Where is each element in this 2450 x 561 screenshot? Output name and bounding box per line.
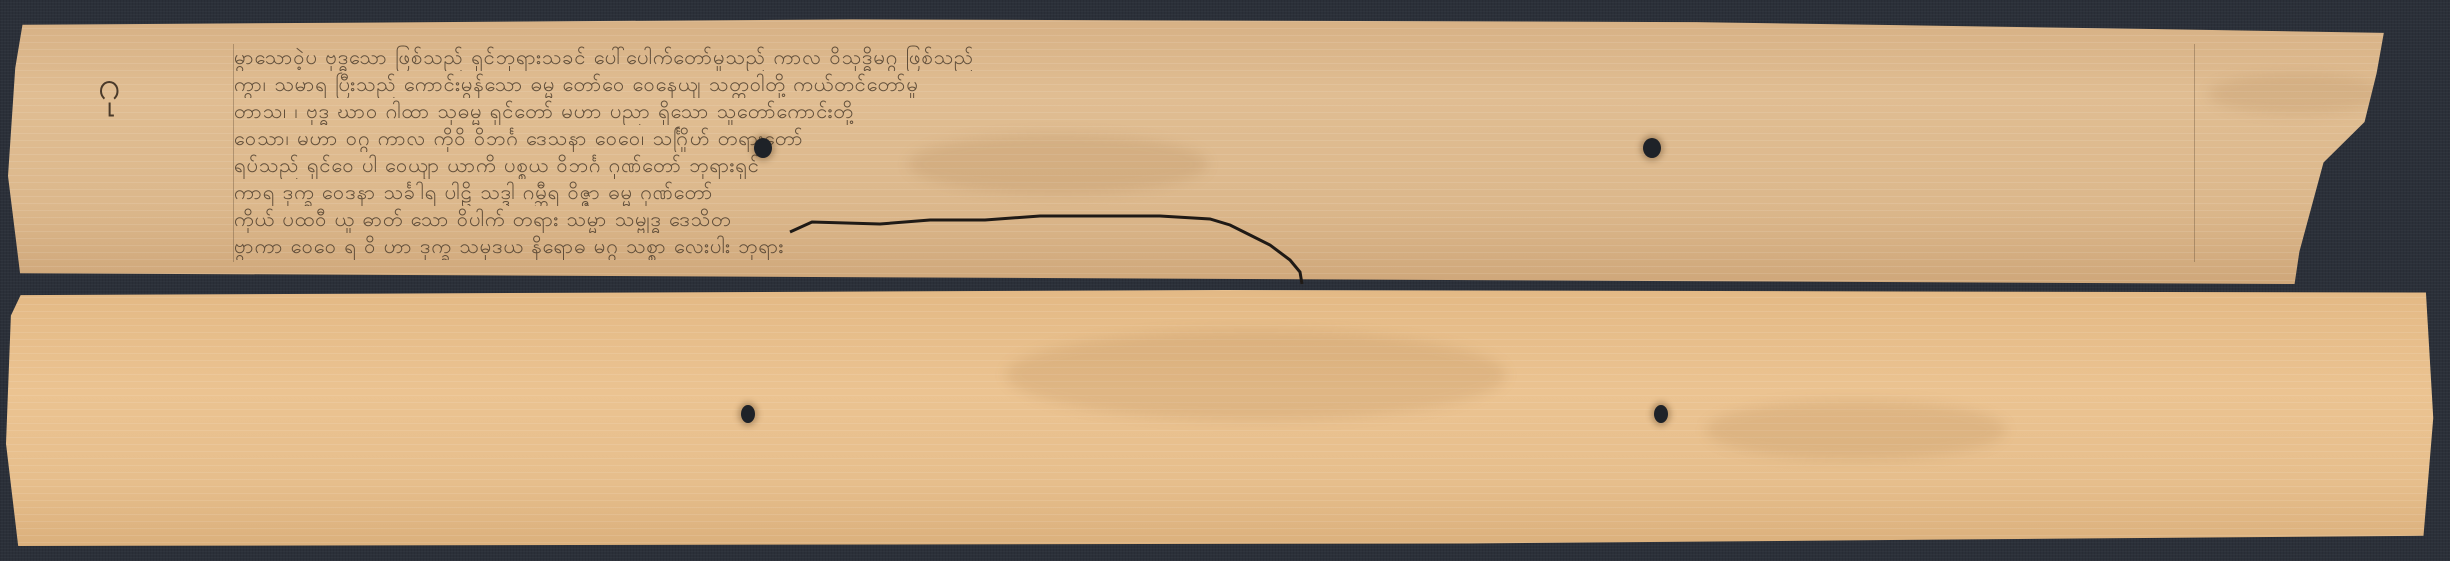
folio-marker: ဂု (98, 60, 121, 119)
text-line: ကာရ ဒုက္ခ ဝေဒနာ သင်္ခါရ ပါဠိ သဒ္ဒါ ဂမ္ဘီ… (234, 179, 2194, 206)
text-line: မွာသောဝဲ့ပ ဗုဒ္ဓသော ဖြစ်သည် ရှင်ဘုရားသခင… (234, 44, 2194, 71)
stain (1006, 330, 1506, 420)
binding-hole (754, 138, 772, 158)
text-line: ရပ်သည် ရှင်ဝေ ပါ ဝေယျာ ယာကိ ပစ္စယ ဝိဘင်္… (234, 152, 2194, 179)
text-line: ဝေသာ၊ မဟာ ဝဂ္ဂ ကာလ ကိုဝိ ဝိဘင်္ဂ ဒေသနာ ဝ… (234, 125, 2194, 152)
text-line: ကွာ၊ သမာရ ပြီးသည် ကောင်းမွန်သော ဓမ္မ တော… (234, 71, 2194, 98)
binding-hole (741, 405, 755, 423)
text-line: ဗွာကာ ဝေဝေ ရ ဝိ ဟာ ဒုက္ခ သမုဒယ နိရောဓ မဂ… (234, 233, 2194, 260)
text-line: တာသ၊ ၊ ဗုဒ္ဓ ဃာဝ ဂါထာ သုဓမ္မ ရှင်တော် မဟ… (234, 98, 2194, 125)
stain (1706, 400, 2006, 460)
inscribed-text-block: မွာသောဝဲ့ပ ဗုဒ္ဓသော ဖြစ်သည် ရှင်ဘုရားသခင… (233, 44, 2195, 262)
text-line: ကိုယ် ပထဝီ ယူ ဓာတ် သော ဝိပါက် တရား သမ္မာ… (234, 206, 2194, 233)
stain (2208, 74, 2388, 114)
binding-hole (1643, 138, 1661, 158)
palm-leaf-top-inscribed: ဂု မွာသောဝဲ့ပ ဗုဒ္ဓသော ဖြစ်သည် ရှင်ဘုရား… (8, 14, 2420, 284)
palm-leaf-bottom-blank (6, 290, 2443, 546)
binding-hole (1654, 405, 1668, 423)
